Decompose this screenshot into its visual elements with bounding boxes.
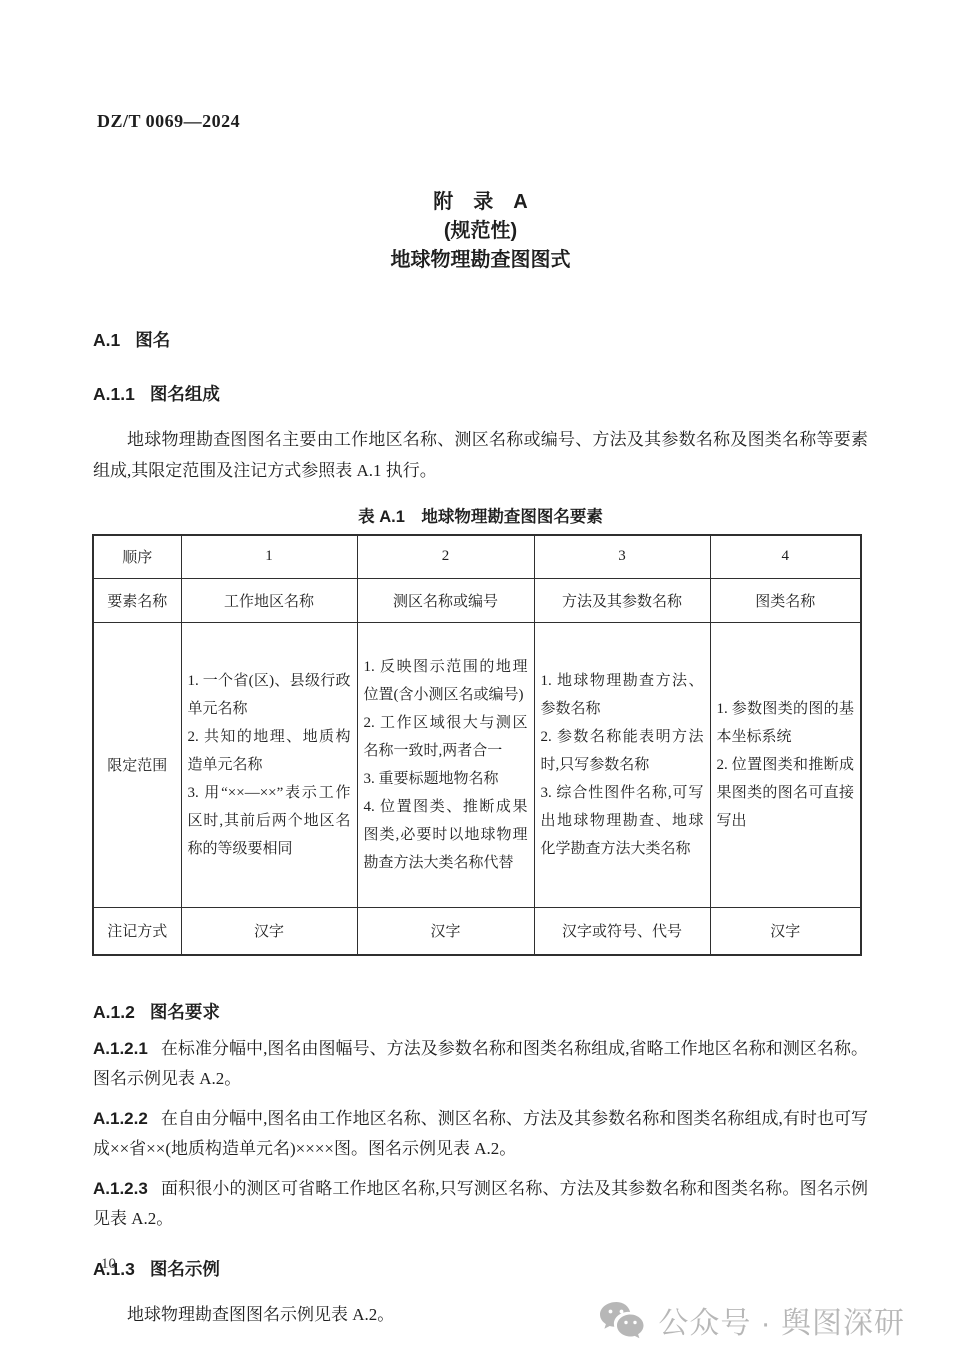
table-cell-notation-4: 汉字	[710, 907, 861, 955]
table-cell-element-4: 图类名称	[710, 578, 861, 622]
document-page: DZ/T 0069—2024 附 录 A (规范性) 地球物理勘查图图式 A.1…	[0, 0, 963, 1361]
table-cell-order-4: 4	[710, 535, 861, 578]
page-number: 10	[101, 1256, 116, 1273]
section-title: 图名要求	[150, 1002, 220, 1022]
scope-item: 1. 一个省(区)、县级行政单元名称	[188, 667, 351, 723]
doc-number: DZ/T 0069—2024	[97, 0, 868, 132]
table-cell-element-3: 方法及其参数名称	[534, 578, 710, 622]
scope-item: 2. 参数名称能表明方法时,只写参数名称	[541, 723, 704, 779]
clause-text: 在自由分幅中,图名由工作地区名称、测区名称、方法及其参数名称和图类名称组成,有时…	[93, 1109, 868, 1158]
table-cell-scope-1: 1. 一个省(区)、县级行政单元名称 2. 共知的地理、地质构造单元名称 3. …	[181, 622, 357, 907]
row-header-notation: 注记方式	[93, 907, 181, 955]
watermark-text: 公众号 · 舆图深研	[658, 1298, 905, 1342]
table-cell-order-1: 1	[181, 535, 357, 578]
scope-item: 3. 重要标题地物名称	[364, 765, 528, 793]
appendix-title-line-2: (规范性)	[93, 217, 868, 246]
scope-item: 2. 共知的地理、地质构造单元名称	[188, 723, 351, 779]
row-header-order: 顺序	[93, 535, 181, 578]
clause-a123: A.1.2.3面积很小的测区可省略工作地区名称,只写测区名称、方法及其参数名称和…	[93, 1174, 868, 1234]
table-cell-scope-3: 1. 地球物理勘查方法、参数名称 2. 参数名称能表明方法时,只写参数名称 3.…	[534, 622, 710, 907]
appendix-title-line-1: 附 录 A	[93, 188, 868, 217]
watermark: 公众号 · 舆图深研	[599, 1298, 905, 1342]
table-cell-element-2: 测区名称或编号	[357, 578, 534, 622]
table-cell-notation-2: 汉字	[357, 907, 534, 955]
table-cell-scope-2: 1. 反映图示范围的地理位置(含小测区名或编号) 2. 工作区域很大与测区名称一…	[357, 622, 534, 907]
clause-a121: A.1.2.1在标准分幅中,图名由图幅号、方法及参数名称和图类名称组成,省略工作…	[93, 1034, 868, 1094]
scope-item: 1. 反映图示范围的地理位置(含小测区名或编号)	[364, 653, 528, 709]
table-cell-order-3: 3	[534, 535, 710, 578]
table-cell-notation-1: 汉字	[181, 907, 357, 955]
table-a1: 顺序 1 2 3 4 要素名称 工作地区名称 测区名称或编号 方法及其参数名称 …	[92, 534, 862, 956]
table-cell-order-2: 2	[357, 535, 534, 578]
section-number: A.1	[93, 330, 120, 350]
scope-item: 3. 用“××—××”表示工作区时,其前后两个地区名称的等级要相同	[188, 779, 351, 863]
scope-item: 1. 地球物理勘查方法、参数名称	[541, 667, 704, 723]
table-caption: 表 A.1 地球物理勘查图图名要素	[93, 503, 868, 527]
appendix-title-line-3: 地球物理勘查图图式	[93, 246, 868, 275]
scope-item: 1. 参数图类的图的基本坐标系统	[717, 695, 855, 751]
paragraph-a11: 地球物理勘查图图名主要由工作地区名称、测区名称或编号、方法及其参数名称及图类名称…	[93, 424, 868, 486]
wechat-icon	[599, 1301, 645, 1339]
clause-number: A.1.2.2	[93, 1109, 148, 1128]
table-row-notation: 注记方式 汉字 汉字 汉字或符号、代号 汉字	[93, 907, 861, 955]
table-row-order: 顺序 1 2 3 4	[93, 535, 861, 578]
table-cell-scope-4: 1. 参数图类的图的基本坐标系统 2. 位置图类和推断成果图类的图名可直接写出	[710, 622, 861, 907]
clause-a122: A.1.2.2在自由分幅中,图名由工作地区名称、测区名称、方法及其参数名称和图类…	[93, 1104, 868, 1164]
section-number: A.1.2	[93, 1002, 135, 1022]
table-cell-notation-3: 汉字或符号、代号	[534, 907, 710, 955]
section-title: 图名	[135, 330, 170, 350]
section-heading-a12: A.1.2图名要求	[93, 999, 868, 1024]
clause-text: 在标准分幅中,图名由图幅号、方法及参数名称和图类名称组成,省略工作地区名称和测区…	[93, 1039, 868, 1088]
scope-item: 4. 位置图类、推断成果图类,必要时以地球物理勘查方法大类名称代替	[364, 793, 528, 877]
section-title: 图名示例	[150, 1259, 220, 1279]
scope-item: 2. 位置图类和推断成果图类的图名可直接写出	[717, 751, 855, 835]
section-number: A.1.1	[93, 384, 135, 404]
clause-text: 面积很小的测区可省略工作地区名称,只写测区名称、方法及其参数名称和图类名称。图名…	[93, 1179, 868, 1228]
appendix-title: 附 录 A (规范性) 地球物理勘查图图式	[93, 188, 868, 275]
section-title: 图名组成	[150, 384, 220, 404]
scope-item: 2. 工作区域很大与测区名称一致时,两者合一	[364, 709, 528, 765]
clause-number: A.1.2.3	[93, 1179, 148, 1198]
row-header-scope: 限定范围	[93, 622, 181, 907]
clause-number: A.1.2.1	[93, 1039, 148, 1058]
section-heading-a13: A.1.3图名示例	[93, 1256, 868, 1281]
row-header-element: 要素名称	[93, 578, 181, 622]
table-row-element: 要素名称 工作地区名称 测区名称或编号 方法及其参数名称 图类名称	[93, 578, 861, 622]
scope-item: 3. 综合性图件名称,可写出地球物理勘查、地球化学勘查方法大类名称	[541, 779, 704, 863]
table-row-scope: 限定范围 1. 一个省(区)、县级行政单元名称 2. 共知的地理、地质构造单元名…	[93, 622, 861, 907]
table-cell-element-1: 工作地区名称	[181, 578, 357, 622]
section-heading-a11: A.1.1图名组成	[93, 381, 868, 406]
section-heading-a1: A.1图名	[93, 327, 868, 352]
